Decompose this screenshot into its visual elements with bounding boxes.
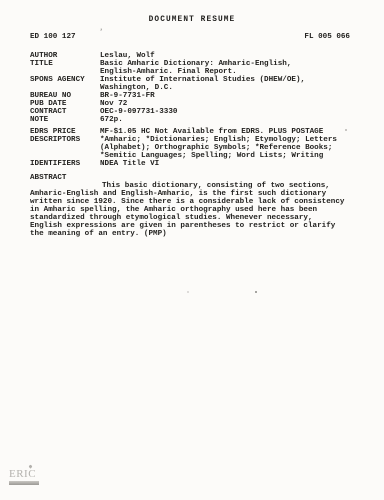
field-value: Basic Amharic Dictionary: Amharic-Englis… [100,60,364,68]
abstract-line: standardized through etymological studie… [30,214,364,222]
ed-number: ED 100 127 [30,33,76,41]
field-value: Washington, D.C. [100,84,364,92]
field-descriptors: DESCRIPTORS *Amharic; *Dictionaries; Eng… [30,136,364,160]
field-identifiers: IDENTIFIERS NDEA Title VI [30,160,364,168]
field-value: Nov 72 [100,100,364,108]
field-value: English-Amharic. Final Report. [100,68,364,76]
clearinghouse-number: FL 005 066 [304,33,350,41]
field-label: TITLE [30,60,100,68]
field-value: OEC-9-097731-3330 [100,108,364,116]
index-fields: EDRS PRICE MF-$1.05 HC Not Available fro… [30,128,364,168]
scan-speck [255,291,257,293]
field-contract: CONTRACT OEC-9-097731-3330 [30,108,364,116]
field-label: AUTHOR [30,52,100,60]
abstract-line: Amharic-English and English-Amharic, is … [30,190,364,198]
abstract-body: This basic dictionary, consisting of two… [30,182,364,238]
field-author: AUTHOR Leslau, Wolf [30,52,364,60]
document-title: DOCUMENT RESUME [0,16,384,24]
field-label: DESCRIPTORS [30,136,100,144]
abstract-line: English expressions are given in parenth… [30,222,364,230]
field-spons-agency: SPONS AGENCY Institute of International … [30,76,364,92]
field-label: CONTRACT [30,108,100,116]
field-pub-date: PUB DATE Nov 72 [30,100,364,108]
field-value: MF-$1.05 HC Not Available from EDRS. PLU… [100,128,364,136]
abstract-label: ABSTRACT [30,174,364,182]
pencil-mark: ʼ [97,29,103,38]
field-note: NOTE 672p. [30,116,364,124]
field-title: TITLE Basic Amharic Dictionary: Amharic-… [30,60,364,76]
abstract-line: the meaning of an entry. (PMP) [30,230,364,238]
eric-logo: ERIC [9,469,43,485]
document-resume-page: DOCUMENT RESUME ED 100 127 ʼ FL 005 066 … [0,0,384,500]
field-label: IDENTIFIERS [30,160,100,168]
header-row: ED 100 127 ʼ FL 005 066 [30,33,350,41]
abstract-line: in Amharic spelling, the Amharic orthogr… [30,206,364,214]
field-value: (Alphabet); Orthographic Symbols; *Refer… [100,144,364,152]
eric-logo-text: ERIC [9,469,43,480]
catalog-fields: AUTHOR Leslau, Wolf TITLE Basic Amharic … [30,52,364,124]
field-value: *Semitic Languages; Spelling; Word Lists… [100,152,364,160]
field-label: SPONS AGENCY [30,76,100,84]
scan-speck [187,291,189,293]
field-value: Institute of International Studies (DHEW… [100,76,364,84]
scan-speck [345,129,347,131]
field-label: BUREAU NO [30,92,100,100]
field-value: *Amharic; *Dictionaries; English; Etymol… [100,136,364,144]
field-label: PUB DATE [30,100,100,108]
abstract-line: written since 1920. Since there is a con… [30,198,364,206]
field-value: Leslau, Wolf [100,52,364,60]
field-label: NOTE [30,116,100,124]
abstract-line: This basic dictionary, consisting of two… [30,182,364,190]
abstract-section: ABSTRACT This basic dictionary, consisti… [30,174,364,238]
field-label: EDRS PRICE [30,128,100,136]
field-value: 672p. [100,116,364,124]
field-bureau-no: BUREAU NO BR-9-7731-FR [30,92,364,100]
field-edrs-price: EDRS PRICE MF-$1.05 HC Not Available fro… [30,128,364,136]
eric-logo-bar [9,481,39,485]
field-value: NDEA Title VI [100,160,364,168]
field-value: BR-9-7731-FR [100,92,364,100]
